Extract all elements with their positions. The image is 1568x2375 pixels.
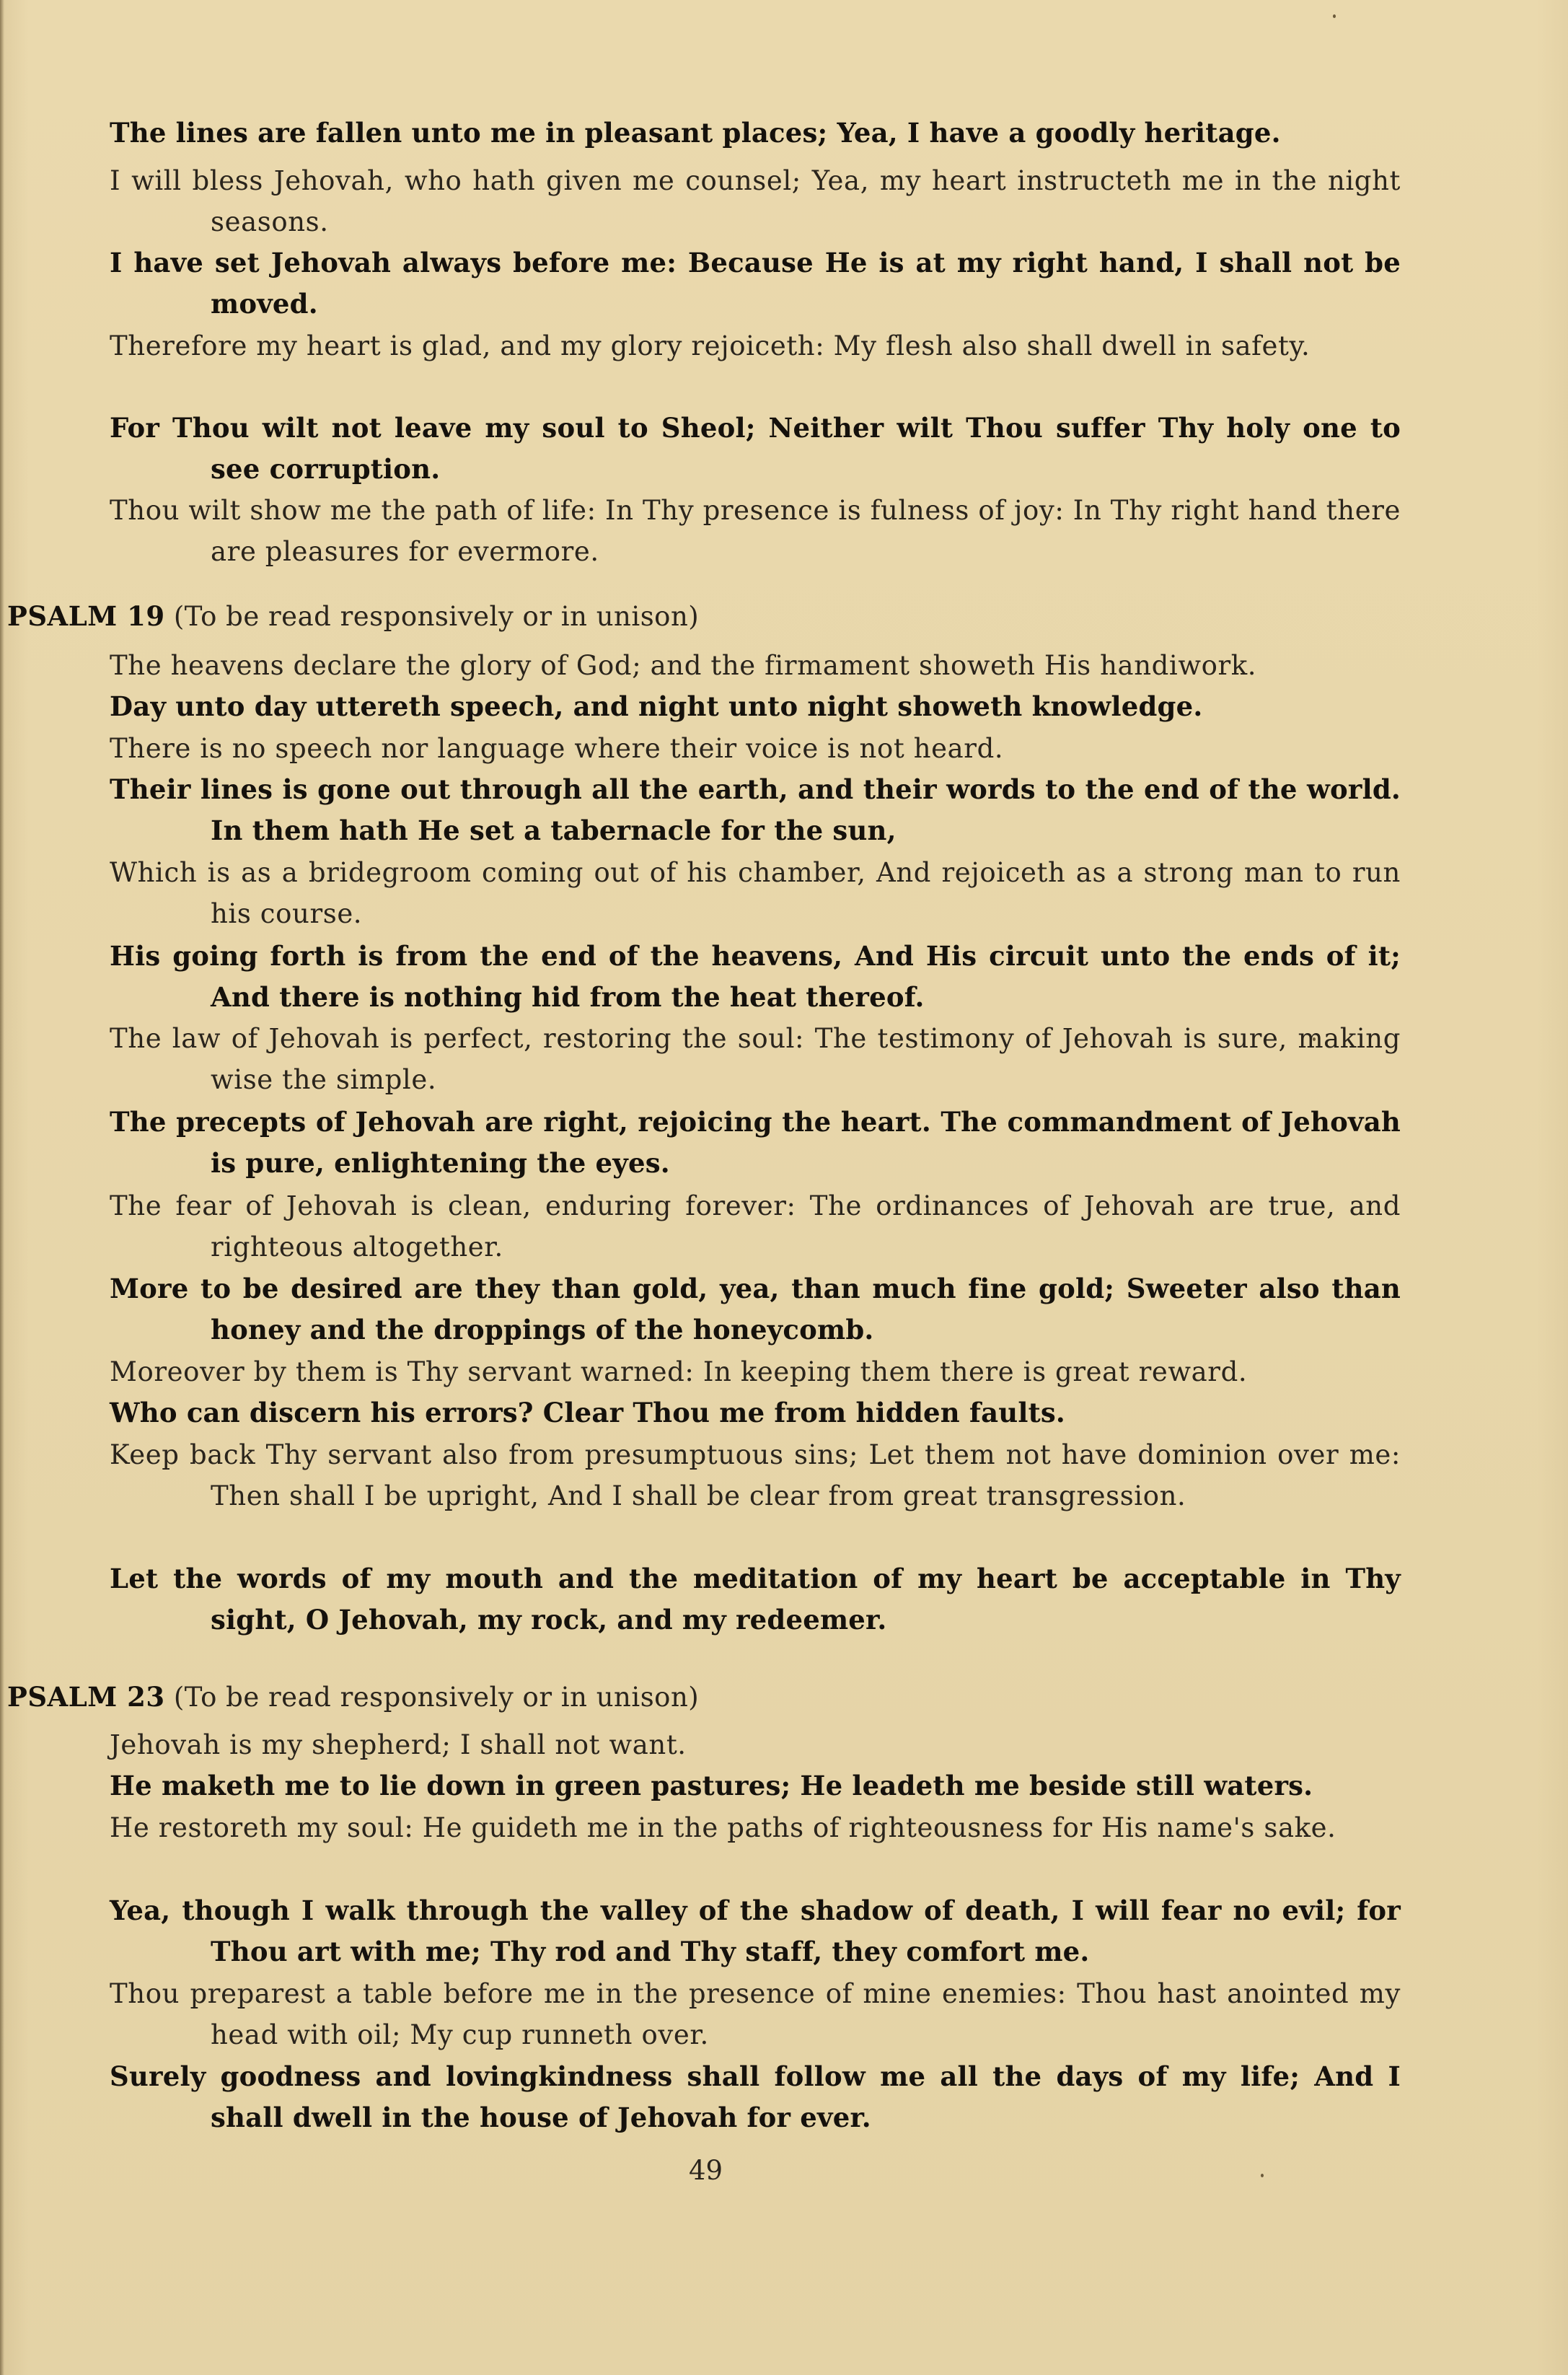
paper-speck (1313, 1037, 1316, 1041)
verse: Day unto day uttereth speech, and night … (110, 686, 1401, 727)
verse: Thou wilt show me the path of life: In T… (110, 490, 1401, 572)
verse: I have set Jehovah always before me: Bec… (110, 242, 1401, 325)
verse: The heavens declare the glory of God; an… (110, 645, 1401, 686)
psalm-note: (To be read responsively or in unison) (174, 1682, 699, 1713)
verse: Moreover by them is Thy servant warned: … (110, 1351, 1401, 1392)
verse: He maketh me to lie down in green pastur… (110, 1765, 1401, 1807)
verse: Keep back Thy servant also from presumpt… (110, 1434, 1401, 1516)
verse: His going forth is from the end of the h… (110, 936, 1401, 1018)
verse: For Thou wilt not leave my soul to Sheol… (110, 408, 1401, 490)
verse: The law of Jehovah is perfect, restoring… (110, 1018, 1401, 1100)
verse: Jehovah is my shepherd; I shall not want… (110, 1724, 1401, 1765)
psalm-heading: PSALM 23 (To be read responsively or in … (7, 1677, 699, 1718)
psalm-label: PSALM 23 (7, 1681, 165, 1713)
psalm-label: PSALM 19 (7, 600, 165, 632)
verse: Thou preparest a table before me in the … (110, 1973, 1401, 2055)
verse: Which is as a bridegroom coming out of h… (110, 852, 1401, 934)
verse: The precepts of Jehovah are right, rejoi… (110, 1102, 1401, 1184)
paper-speck (1261, 2174, 1264, 2177)
book-page: The lines are fallen unto me in pleasant… (0, 0, 1568, 2375)
verse: The fear of Jehovah is clean, enduring f… (110, 1185, 1401, 1268)
verse: Their lines is gone out through all the … (110, 769, 1401, 851)
verse: I will bless Jehovah, who hath given me … (110, 160, 1401, 242)
verse: There is no speech nor language where th… (110, 728, 1401, 769)
verse: Therefore my heart is glad, and my glory… (110, 325, 1401, 366)
verse: Who can discern his errors? Clear Thou m… (110, 1392, 1401, 1434)
verse: More to be desired are they than gold, y… (110, 1268, 1401, 1351)
verse: Yea, though I walk through the valley of… (110, 1890, 1401, 1972)
verse: The lines are fallen unto me in pleasant… (110, 113, 1401, 154)
verse: Surely goodness and lovingkindness shall… (110, 2056, 1401, 2138)
psalm-heading: PSALM 19 (To be read responsively or in … (7, 596, 699, 637)
paper-speck (1333, 14, 1336, 18)
page-number: 49 (689, 2150, 723, 2191)
verse: He restoreth my soul: He guideth me in t… (110, 1807, 1401, 1848)
psalm-note: (To be read responsively or in unison) (174, 601, 699, 632)
verse: Let the words of my mouth and the medita… (110, 1558, 1401, 1641)
